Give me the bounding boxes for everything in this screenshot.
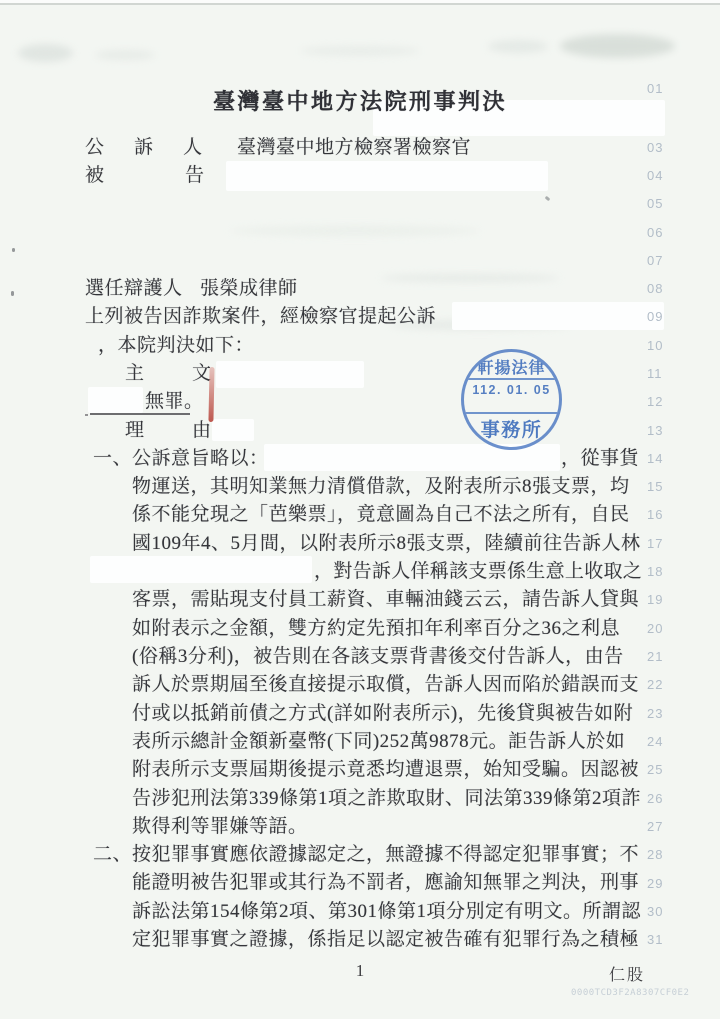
judgment-line: ，對告訴人佯稱該支票係生意上收取之 (0, 559, 720, 586)
body-text: 付或以抵銷前債之方式(詳如附表所示)，先後貸與被告如附 (132, 701, 633, 727)
judgment-line: 一、公訴意旨略以： ，從事貨 (0, 446, 720, 473)
defender-label: 選任辯護人 (85, 276, 183, 302)
judgment-line: 定犯罪事實之證據，係指足以認定被告確有犯罪行為之積極 (0, 927, 720, 954)
law-firm-stamp: 軒揚法律 112. 01. 05 事務所 (461, 349, 562, 450)
body-text: 客票，需貼現支付員工薪資、車輛油錢云云，請告訴人貸與 (132, 587, 639, 613)
stamp-date: 112. 01. 05 (464, 383, 559, 397)
defendant-line: 被告 (0, 163, 720, 190)
judgment-line: 付或以抵銷前債之方式(詳如附表所示)，先後貸與被告如附 (0, 701, 720, 728)
body-text: 能證明被告犯罪或其行為不罰者，應諭知無罪之判決，刑事 (132, 870, 639, 896)
judgment-line: 告涉犯刑法第339條第1項之詐欺取財、同法第339條第2項詐 (0, 786, 720, 813)
stamp-office-label: 事務所 (464, 415, 559, 442)
main-heading-line: 主文 (0, 361, 720, 388)
intro-text: 上列被告因詐欺案件，經檢察官提起公訴 (85, 304, 436, 330)
verdict-line: 無罪。 (0, 389, 720, 416)
defendant-label: 被告 (85, 163, 285, 189)
main-heading-text: 主文 (125, 361, 259, 387)
body-text: 係不能兌現之「芭樂票」，竟意圖為自己不法之所有，自民 (132, 502, 630, 528)
line-number: 06 (647, 225, 663, 240)
judgment-lead-line: ，本院判決如下： (0, 333, 720, 360)
judgment-line: (俗稱3分利)，被告則在各該支票背書後交付告訴人，由告 (0, 644, 720, 671)
prosecutor-value: 臺灣臺中地方檢察署檢察官 (237, 135, 471, 161)
judgment-line: 客票，需貼現支付員工薪資、車輛油錢云云，請告訴人貸與 (0, 587, 720, 614)
reason-heading-text: 理由 (125, 418, 259, 444)
stamp-divider (461, 378, 562, 380)
intro-line: 上列被告因詐欺案件，經檢察官提起公訴 (0, 304, 720, 331)
defender-line: 選任辯護人 張榮成律師 (0, 276, 720, 303)
underline-dot (85, 414, 88, 416)
line-number: 05 (647, 196, 663, 211)
body-text: 欺得利等罪嫌等語。 (132, 814, 308, 840)
verdict-text: 無罪。 (145, 389, 204, 415)
judgment-line: 附表所示支票屆期後提示竟悉均遭退票，始知受騙。因認被 (0, 757, 720, 784)
body-text: 物運送，其明知業無力清償借款，及附表所示8張支票，均 (132, 474, 630, 500)
para2-head: 二、按犯罪事實應依證據認定之，無證據不得認定犯罪事實；不 (93, 842, 639, 868)
body-text: (俗稱3分利)，被告則在各該支票背書後交付告訴人，由告 (132, 644, 624, 670)
court-division-label: 仁股 (609, 962, 645, 985)
body-text: 附表所示支票屆期後提示竟悉均遭退票，始知受騙。因認被 (132, 757, 639, 783)
judgment-line: 欺得利等罪嫌等語。 (0, 814, 720, 841)
judgment-line: 能證明被告犯罪或其行為不罰者，應諭知無罪之判決，刑事 (0, 870, 720, 897)
judgment-line: 表所示總計金額新臺幣(下同)252萬9878元。詎告訴人於如 (0, 729, 720, 756)
defender-value: 張榮成律師 (200, 276, 298, 302)
para1-head-tail: ，從事貨 (561, 446, 639, 472)
body-text: 表所示總計金額新臺幣(下同)252萬9878元。詎告訴人於如 (132, 729, 625, 755)
judgment-line: 二、按犯罪事實應依證據認定之，無證據不得認定犯罪事實；不 (0, 842, 720, 869)
body-text: ，對告訴人佯稱該支票係生意上收取之 (314, 559, 642, 585)
judgment-line: 物運送，其明知業無力清償借款，及附表所示8張支票，均 (0, 474, 720, 501)
body-text: 訴訟法第154條第2項、第301條第1項分別定有明文。所謂認 (132, 899, 641, 925)
judgment-line: 訴訟法第154條第2項、第301條第1項分別定有明文。所謂認 (0, 899, 720, 926)
judgment-line: 如附表示之金額，雙方約定先預扣年利率百分之36之利息 (0, 616, 720, 643)
body-text: 告涉犯刑法第339條第1項之詐欺取財、同法第339條第2項詐 (132, 786, 641, 812)
document-title: 臺灣臺中地方法院刑事判決 (0, 85, 720, 116)
stamp-firm-name: 軒揚法律 (464, 355, 559, 378)
body-text: 訴人於票期屆至後直接提示取償，告訴人因而陷於錯誤而支 (132, 672, 639, 698)
reason-heading-line: 理由 (0, 418, 720, 445)
prosecutor-line: 公訴人 臺灣臺中地方檢察署檢察官 (0, 135, 720, 162)
body-text: 國109年4、5月間，以附表所示8張支票，陸續前往告訴人林 (132, 531, 641, 557)
judgment-line: 訴人於票期屆至後直接提示取償，告訴人因而陷於錯誤而支 (0, 672, 720, 699)
judgment-lead-text: ，本院判決如下： (98, 333, 254, 359)
judgment-line: 係不能兌現之「芭樂票」，竟意圖為自己不法之所有，自民 (0, 502, 720, 529)
scanned-judgment-page: 01 03 04 05 06 07 08 09 10 11 12 13 14 1… (0, 0, 720, 1019)
para1-head: 一、公訴意旨略以： (93, 446, 269, 472)
body-text: 如附表示之金額，雙方約定先預扣年利率百分之36之利息 (132, 616, 620, 642)
document-barcode-text: 0000TCD3F2A8307CF0E2 (571, 988, 689, 998)
stamp-divider (461, 412, 562, 414)
verdict-underline (90, 413, 190, 415)
line-number: 07 (647, 253, 663, 268)
body-text: 定犯罪事實之證據，係指足以認定被告確有犯罪行為之積極 (132, 927, 639, 953)
prosecutor-label: 公訴人 (85, 135, 232, 161)
judgment-line: 國109年4、5月間，以附表所示8張支票，陸續前往告訴人林 (0, 531, 720, 558)
